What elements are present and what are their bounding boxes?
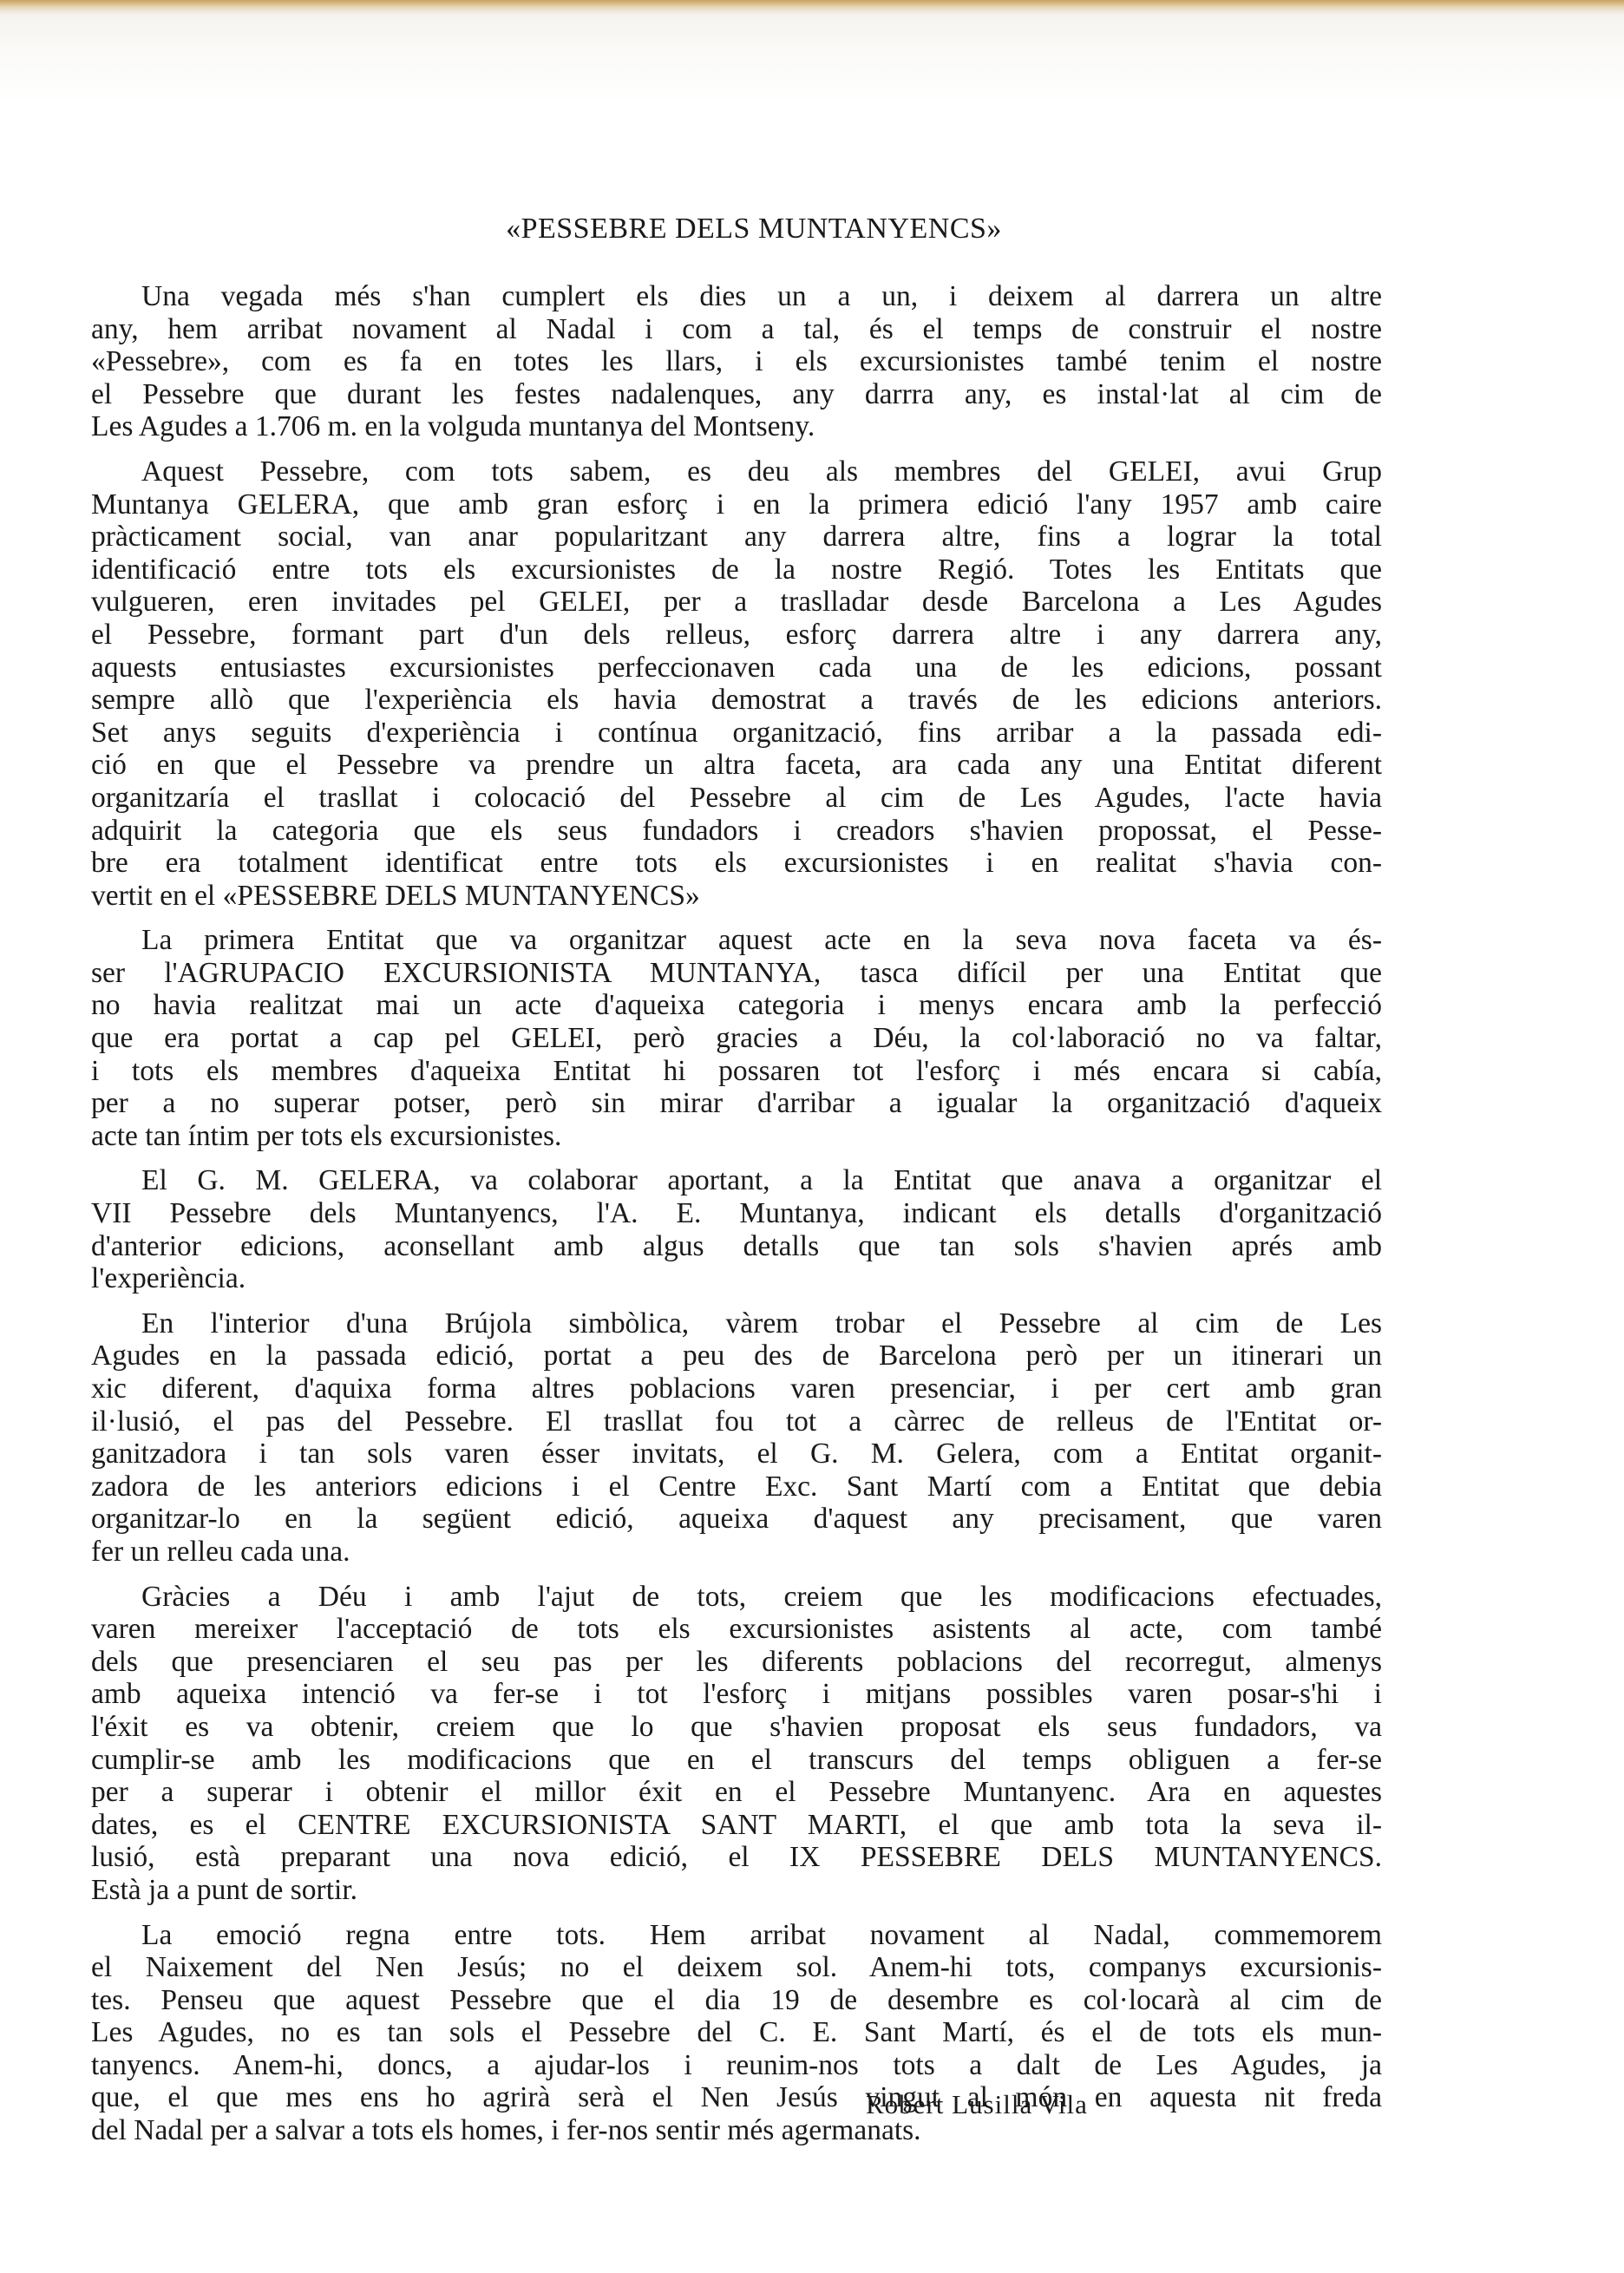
text-line: no havia realitzat mai un acte d'aqueixa… [91, 989, 1382, 1022]
text-line: del Nadal per a salvar a tots els homes,… [91, 2114, 1382, 2147]
paragraph-7: La emoció regna entre tots. Hem arribat … [91, 1919, 1382, 2147]
paragraph-2: Aquest Pessebre, com tots sabem, es deu … [91, 455, 1382, 912]
text-line: vulgueren, eren invitades pel GELEI, per… [91, 586, 1382, 619]
text-line: aquests entusiastes excursionistes perfe… [91, 652, 1382, 685]
text-line: dates, es el CENTRE EXCURSIONISTA SANT M… [91, 1809, 1382, 1842]
text-line: lusió, està preparant una nova edició, e… [91, 1841, 1382, 1874]
text-line: zadora de les anteriors edicions i el Ce… [91, 1471, 1382, 1503]
text-line: La primera Entitat que va organitzar aqu… [91, 924, 1382, 957]
paragraph-5: En l'interior d'una Brújola simbòlica, v… [91, 1307, 1382, 1569]
text-line: Muntanya GELERA, que amb gran esforç i e… [91, 488, 1382, 521]
text-line: sempre allò que l'experiència els havia … [91, 684, 1382, 717]
text-line: l'éxit es va obtenir, creiem que lo que … [91, 1711, 1382, 1744]
article-title: «PESSEBRE DELS MUNTANYENCS» [91, 213, 1382, 246]
text-line: Gràcies a Déu i amb l'ajut de tots, crei… [91, 1581, 1382, 1614]
text-line: ció en que el Pessebre va prendre un alt… [91, 749, 1382, 782]
text-line: ganitzadora i tan sols varen ésser invit… [91, 1438, 1382, 1471]
scanned-page: «PESSEBRE DELS MUNTANYENCS» Una vegada m… [0, 0, 1624, 2273]
text-line: varen mereixer l'acceptació de tots els … [91, 1613, 1382, 1646]
text-line: el Pessebre que durant les festes nadale… [91, 378, 1382, 411]
page-top-edge [0, 0, 1624, 16]
text-line: i tots els membres d'aqueixa Entitat hi … [91, 1055, 1382, 1088]
text-line: que era portat a cap pel GELEI, però gra… [91, 1022, 1382, 1055]
paragraph-3: La primera Entitat que va organitzar aqu… [91, 924, 1382, 1152]
text-line: adquirit la categoria que els seus funda… [91, 815, 1382, 848]
text-line: pràcticament social, van anar popularitz… [91, 521, 1382, 554]
text-line: identificació entre tots els excursionis… [91, 554, 1382, 586]
paragraph-4: El G. M. GELERA, va colaborar aportant, … [91, 1164, 1382, 1294]
text-line: any, hem arribat novament al Nadal i com… [91, 313, 1382, 346]
paragraph-6: Gràcies a Déu i amb l'ajut de tots, crei… [91, 1581, 1382, 1907]
text-line: «Pessebre», com es fa en totes les llars… [91, 345, 1382, 378]
text-line: vertit en el «PESSEBRE DELS MUNTANYENCS» [91, 880, 1382, 913]
text-line: Set anys seguits d'experiència i contínu… [91, 717, 1382, 750]
text-line: Una vegada més s'han cumplert els dies u… [91, 280, 1382, 313]
text-line: El G. M. GELERA, va colaborar aportant, … [91, 1164, 1382, 1197]
text-line: tes. Penseu que aquest Pessebre que el d… [91, 1984, 1382, 2017]
text-line: tanyencs. Anem-hi, doncs, a ajudar-los i… [91, 2049, 1382, 2082]
text-line: organitzaría el trasllat i colocació del… [91, 782, 1382, 815]
text-line: amb aqueixa intenció va fer-se i tot l'e… [91, 1678, 1382, 1711]
text-line: que, el que mes ens ho agrirà serà el Ne… [91, 2081, 1382, 2114]
text-line: xic diferent, d'aquixa forma altres pobl… [91, 1372, 1382, 1405]
text-line: el Pessebre, formant part d'un dels rell… [91, 619, 1382, 652]
author-signature: Robert Lusilla Vila [866, 2089, 1088, 2120]
text-line: per a no superar potser, però sin mirar … [91, 1087, 1382, 1120]
text-line: cumplir-se amb les modificacions que en … [91, 1744, 1382, 1777]
text-line: Les Agudes, no es tan sols el Pessebre d… [91, 2016, 1382, 2049]
text-line: En l'interior d'una Brújola simbòlica, v… [91, 1307, 1382, 1340]
text-line: organitzar-lo en la següent edició, aque… [91, 1503, 1382, 1536]
text-line: Agudes en la passada edició, portat a pe… [91, 1340, 1382, 1372]
text-line: el Naixement del Nen Jesús; no el deixem… [91, 1951, 1382, 1984]
text-line: Aquest Pessebre, com tots sabem, es deu … [91, 455, 1382, 488]
text-line: dels que presenciaren el seu pas per les… [91, 1646, 1382, 1679]
text-line: il·lusió, el pas del Pessebre. El trasll… [91, 1405, 1382, 1438]
text-line: d'anterior edicions, aconsellant amb alg… [91, 1230, 1382, 1263]
text-line: VII Pessebre dels Muntanyencs, l'A. E. M… [91, 1197, 1382, 1230]
text-line: ser l'AGRUPACIO EXCURSIONISTA MUNTANYA, … [91, 957, 1382, 990]
text-line: per a superar i obtenir el millor éxit e… [91, 1776, 1382, 1809]
text-line: acte tan íntim per tots els excursionist… [91, 1120, 1382, 1153]
text-line: Està ja a punt de sortir. [91, 1874, 1382, 1907]
paragraph-1: Una vegada més s'han cumplert els dies u… [91, 280, 1382, 443]
text-line: l'experiència. [91, 1262, 1382, 1295]
article: «PESSEBRE DELS MUNTANYENCS» Una vegada m… [91, 213, 1382, 2159]
text-line: bre era totalment identificat entre tots… [91, 847, 1382, 880]
text-line: La emoció regna entre tots. Hem arribat … [91, 1919, 1382, 1952]
text-line: Les Agudes a 1.706 m. en la volguda munt… [91, 410, 1382, 443]
text-line: fer un relleu cada una. [91, 1536, 1382, 1569]
